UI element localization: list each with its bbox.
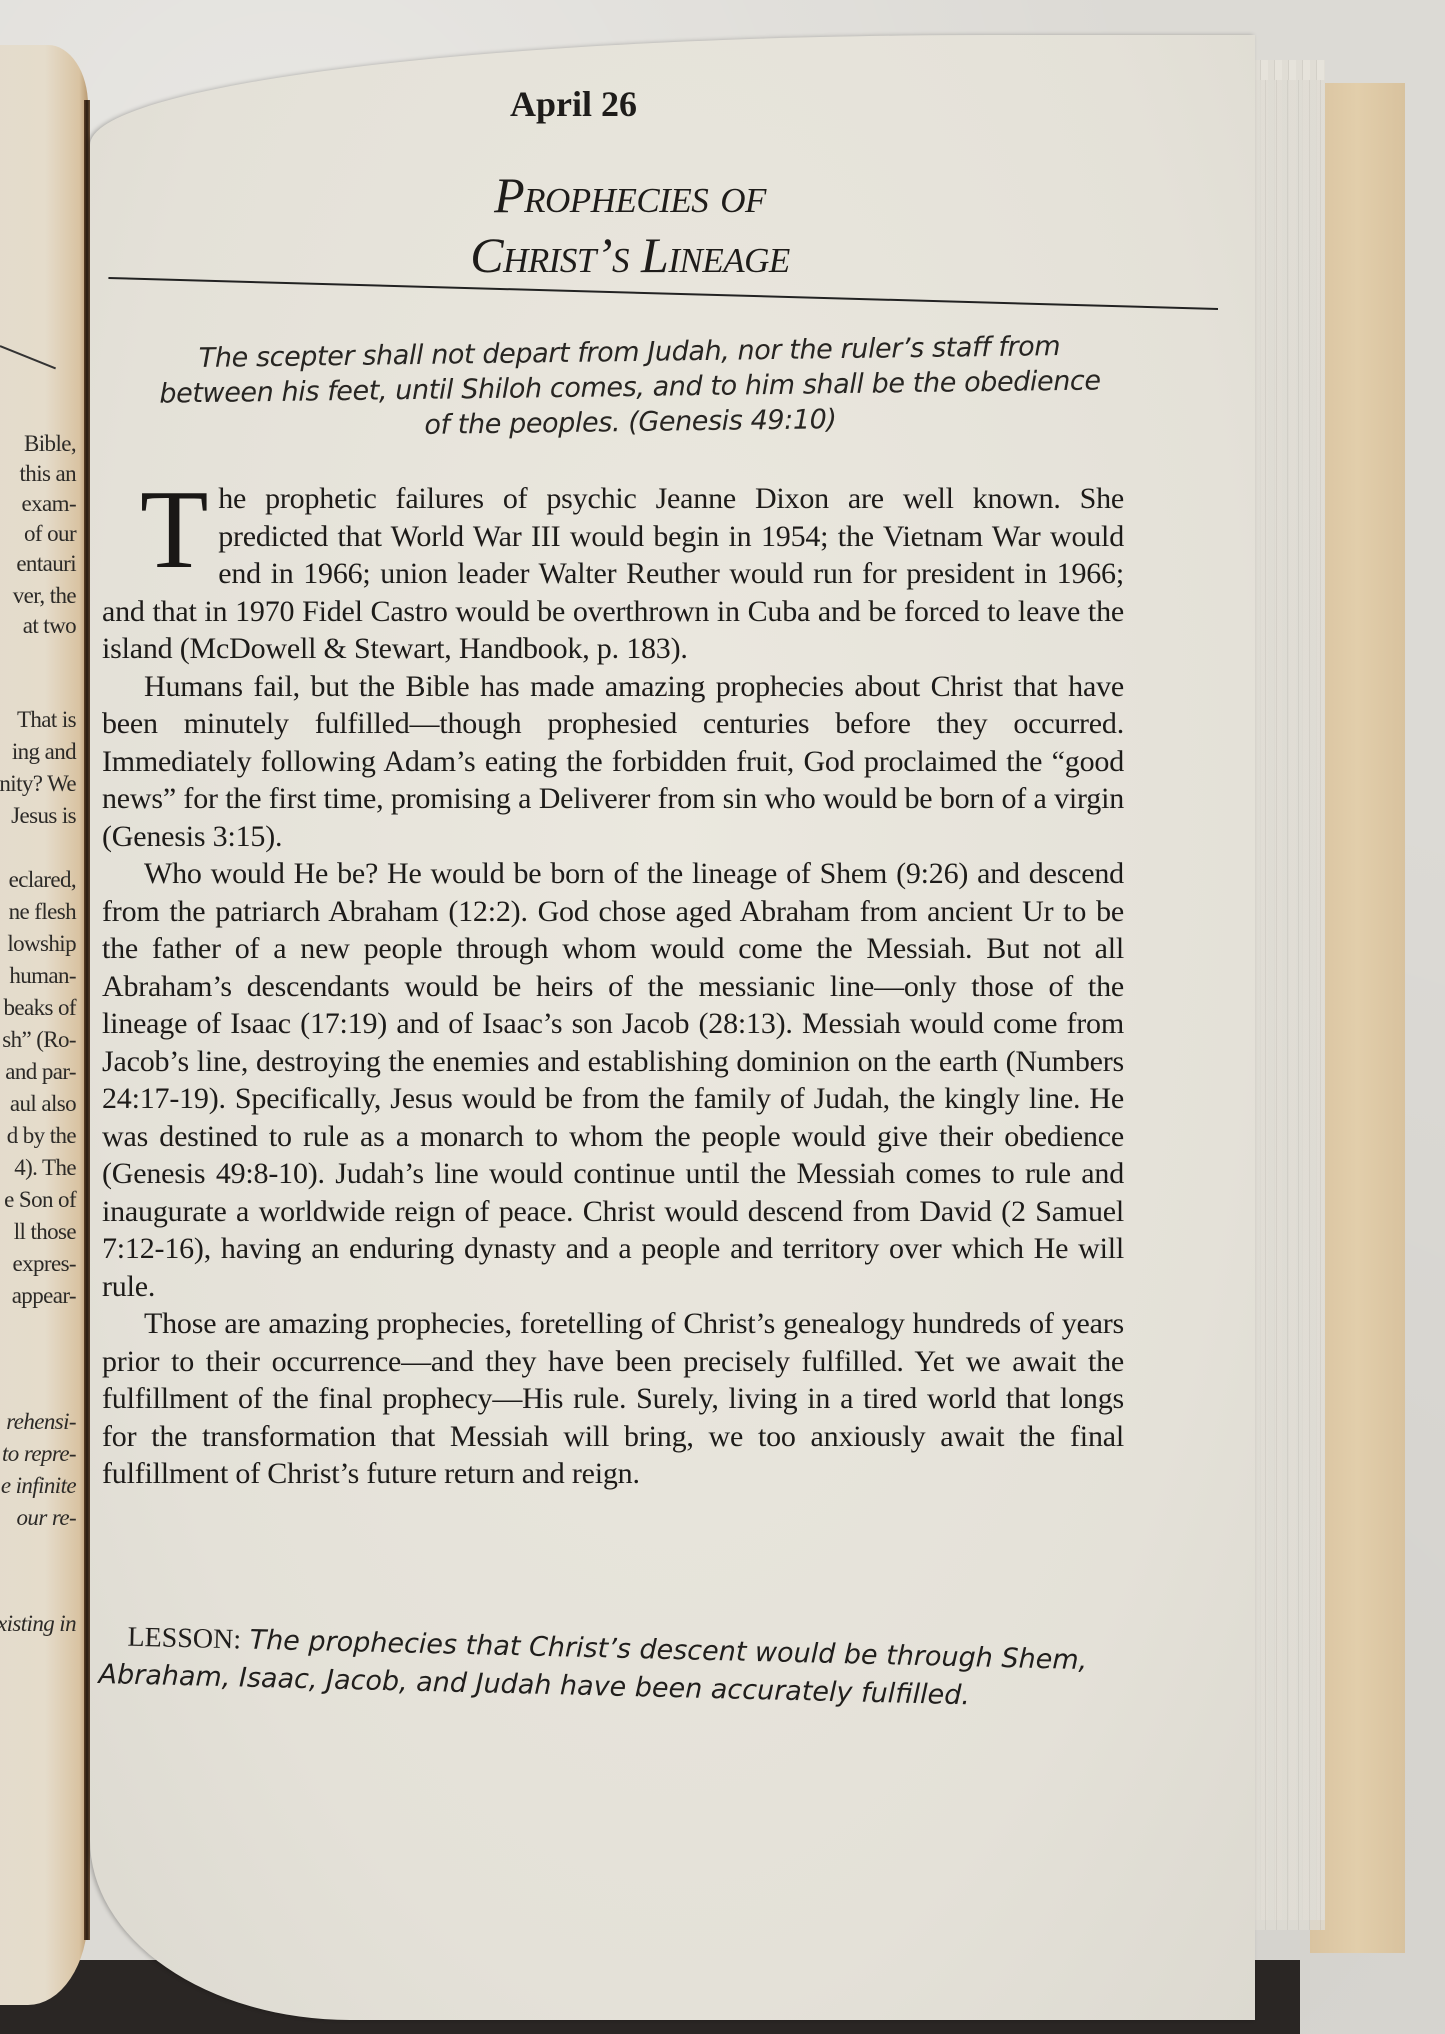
lesson-text: The prophecies that Christ’s descent wou…	[98, 1625, 1087, 1712]
left-page-fragment: of our	[24, 522, 76, 545]
left-page-fragment: lowship	[7, 932, 76, 955]
left-page-fragment: ne flesh	[9, 900, 76, 923]
left-page-fragment: exam-	[22, 492, 76, 515]
page-stack-inner	[1255, 80, 1325, 1930]
left-page-fragment: beaks of	[4, 996, 76, 1019]
left-page-fragment: this an	[20, 462, 77, 485]
left-page-fragment: ing and	[12, 740, 76, 763]
page-date: April 26	[510, 83, 637, 125]
left-page-fragment: e Son of	[4, 1188, 76, 1211]
paragraph-3: Who would He be? He would be born of the…	[102, 855, 1124, 1305]
right-page: April 26 Prophecies of Christ’s Lineage …	[90, 35, 1255, 2020]
paragraph-1: The prophetic failures of psychic Jeanne…	[102, 480, 1124, 668]
left-page-fragment: ll those	[14, 1220, 76, 1243]
left-page-fragment: aul also	[10, 1092, 76, 1115]
left-page-fragment: appear-	[12, 1284, 76, 1307]
left-page-fragment: Bible,	[24, 432, 76, 455]
left-page-rule	[0, 345, 56, 369]
page-title: Prophecies of Christ’s Lineage	[280, 165, 980, 285]
left-page-fragment: sh” (Ro-	[2, 1028, 76, 1051]
left-page-fragment: expres-	[13, 1252, 77, 1275]
left-page-fragment: Jesus is	[11, 804, 76, 827]
left-page-fragment: eclared,	[9, 868, 76, 891]
left-page-fragment: and par-	[5, 1060, 76, 1083]
left-page-fragment: d by the	[7, 1124, 76, 1147]
left-page-fragment: to repre-	[2, 1442, 76, 1465]
left-page-fragment: That is	[17, 708, 76, 731]
paragraph-1-text: he prophetic failures of psychic Jeanne …	[102, 482, 1124, 665]
epigraph-scripture: The scepter shall not depart from Judah,…	[149, 328, 1110, 446]
lesson-box: LESSON: The prophecies that Christ’s des…	[98, 1618, 1100, 1718]
left-page-fragment: ver, the	[13, 584, 76, 607]
left-page-fragment: xisting in	[0, 1612, 76, 1635]
title-line-1: Prophecies of	[280, 165, 980, 225]
left-page-fragment: entauri	[16, 552, 76, 575]
title-line-2: Christ’s Lineage	[280, 225, 980, 285]
body-text: The prophetic failures of psychic Jeanne…	[102, 480, 1124, 1493]
left-page-fragment: at two	[23, 614, 76, 637]
drop-cap: T	[140, 486, 208, 574]
left-page-fragment: 4). The	[14, 1156, 76, 1179]
left-page-fragment: human-	[9, 964, 76, 987]
paragraph-2: Humans fail, but the Bible has made amaz…	[102, 668, 1124, 856]
left-page-fragment: our re-	[17, 1506, 76, 1529]
left-page-fragment: e infinite	[1, 1474, 76, 1497]
left-page-fragment: rehensi-	[6, 1410, 76, 1433]
left-page-fragment: nity? We	[0, 772, 76, 795]
paragraph-4: Those are amazing prophecies, foretellin…	[102, 1305, 1124, 1493]
left-page: Bible,this anexam-of ourentauriver, thea…	[0, 45, 88, 2005]
lesson-label: LESSON:	[127, 1622, 241, 1656]
